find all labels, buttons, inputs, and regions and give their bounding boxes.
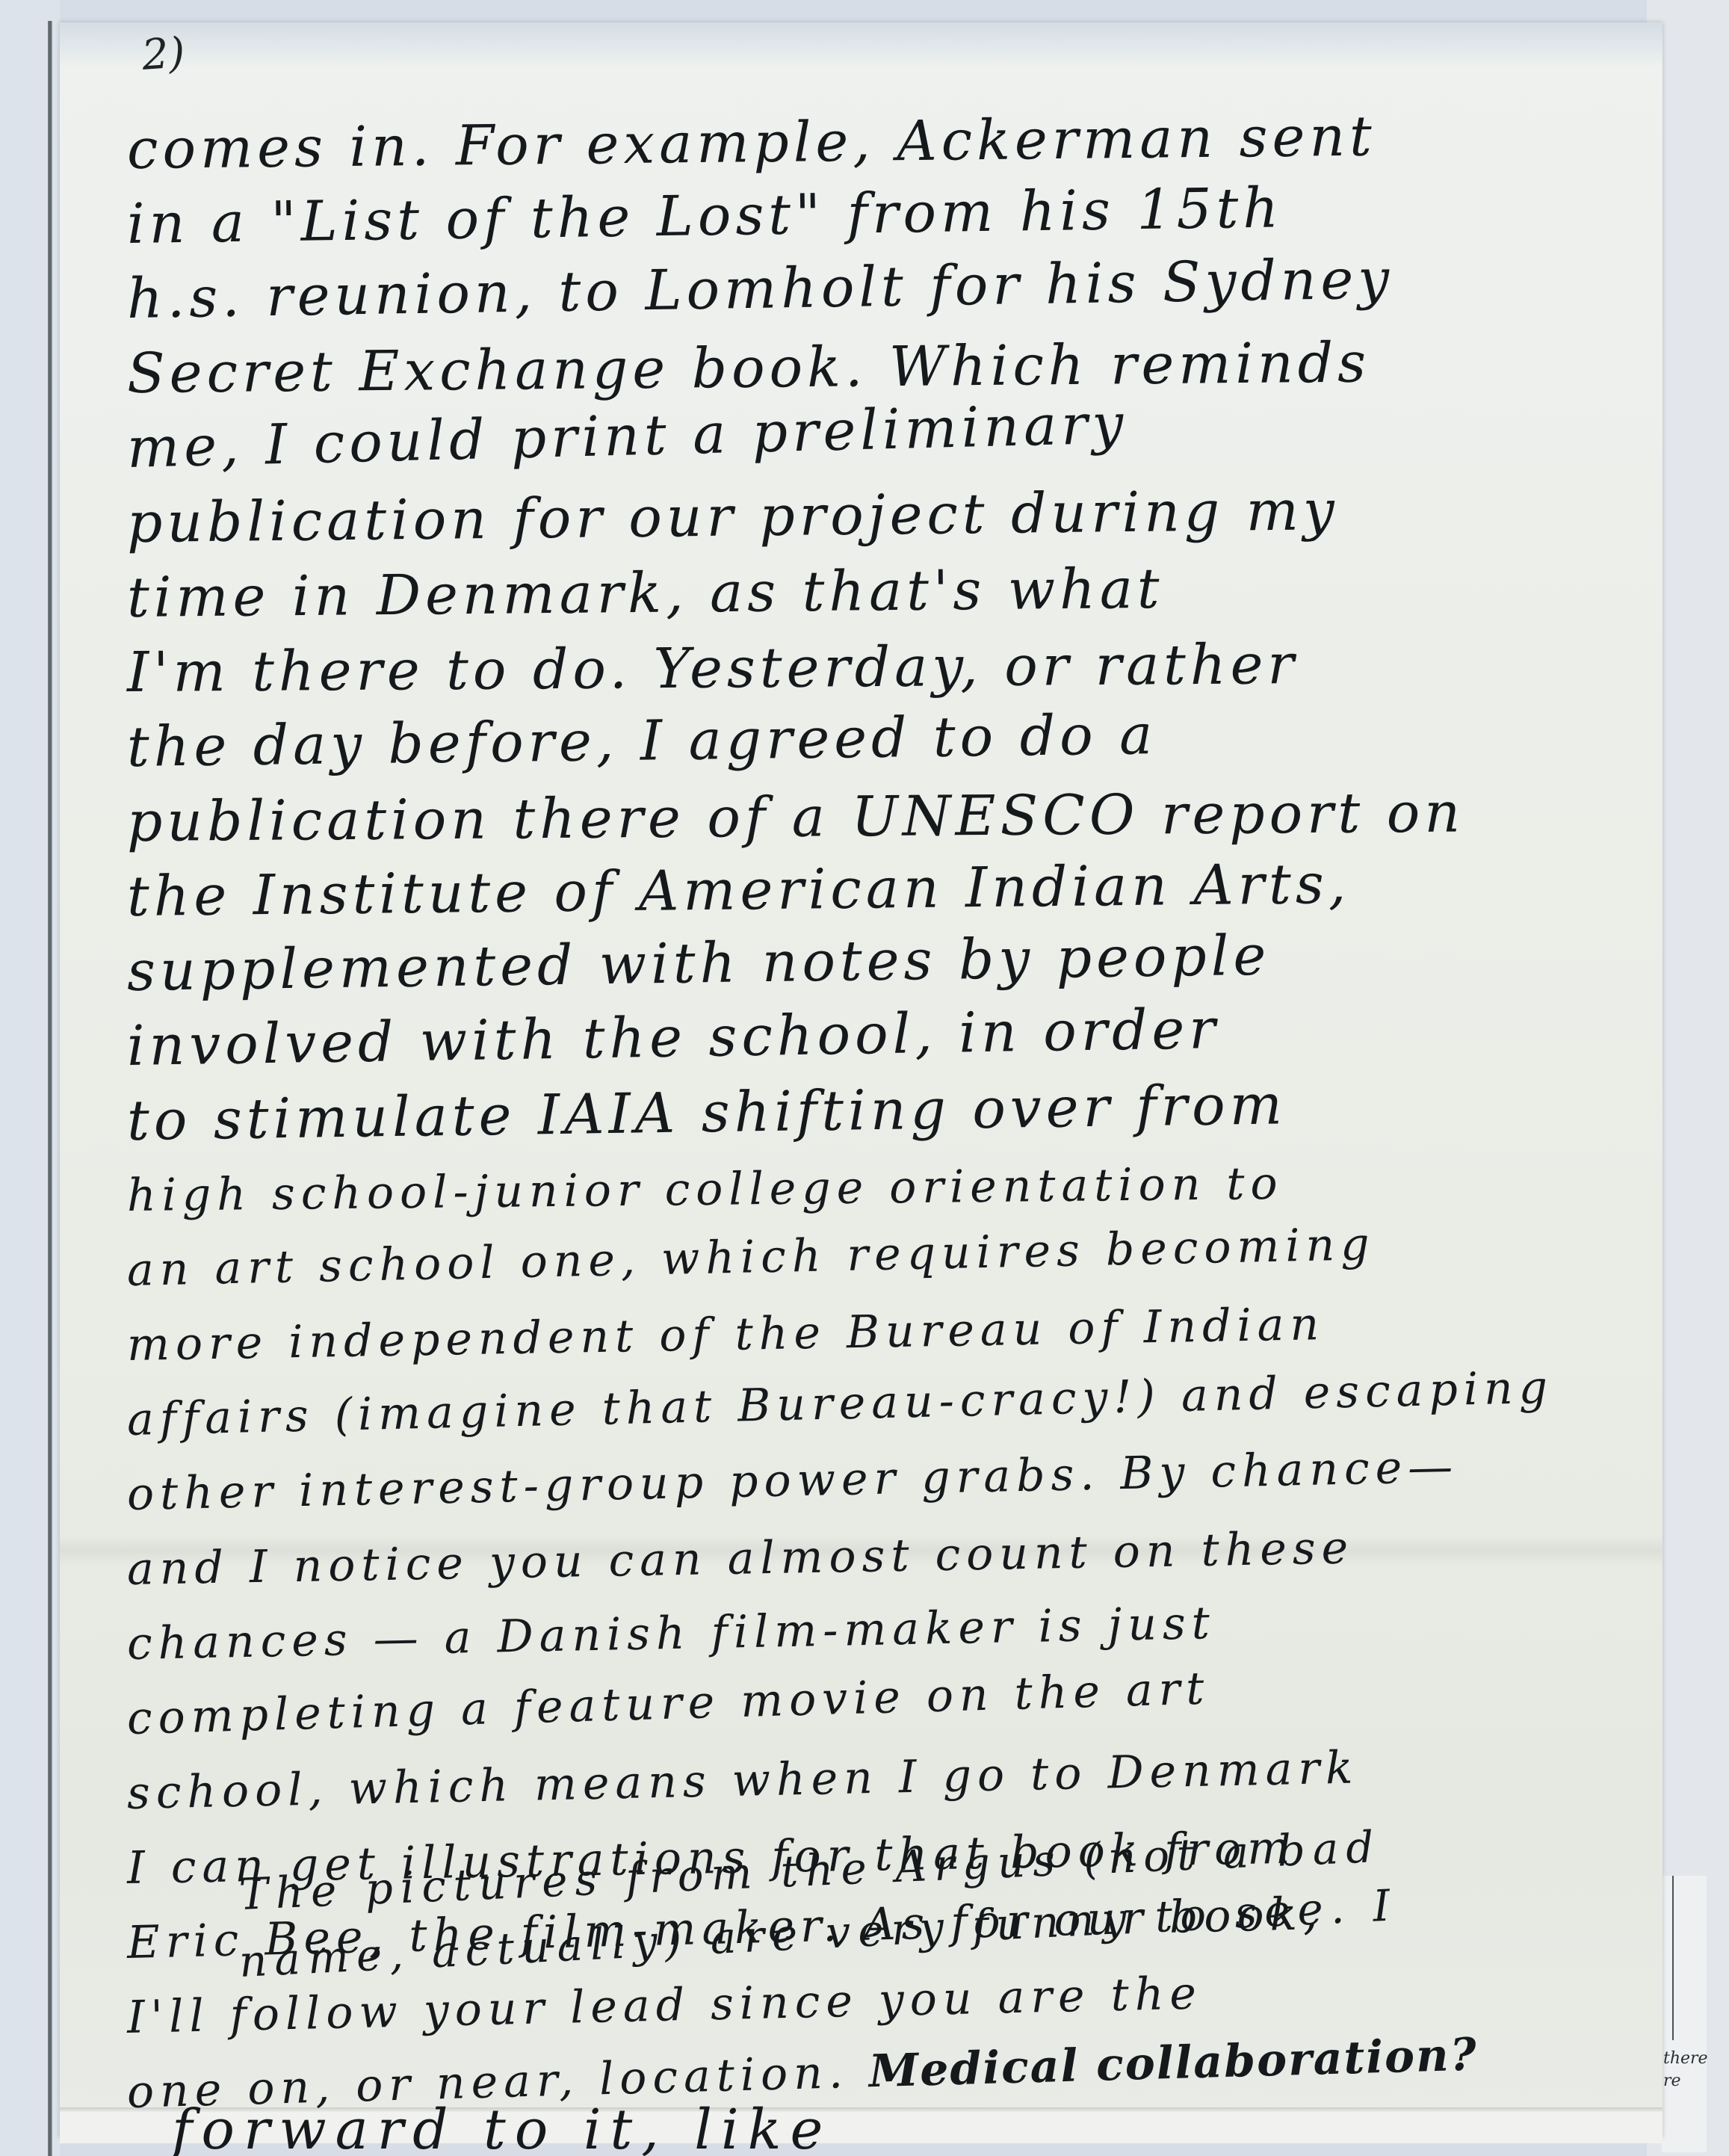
letter-line: publication for our project during my bbox=[126, 470, 1621, 560]
postscript: The pictures from the Argus (not a bad n… bbox=[239, 1861, 1509, 1995]
continuation-line: forward to it, like bbox=[172, 2100, 832, 2156]
underlying-sheet-edge bbox=[48, 21, 52, 2156]
inserted-note: Medical collaboration? bbox=[868, 2029, 1479, 2098]
margin-note: there re bbox=[1663, 2048, 1708, 2092]
underlying-sheet-right bbox=[1662, 1876, 1707, 2152]
paper-shadow bbox=[60, 22, 1662, 67]
margin-pen-line bbox=[1672, 1876, 1674, 2040]
letter-line: time in Denmark, as that's what bbox=[127, 548, 1622, 635]
page-marker: 2) bbox=[140, 28, 187, 80]
